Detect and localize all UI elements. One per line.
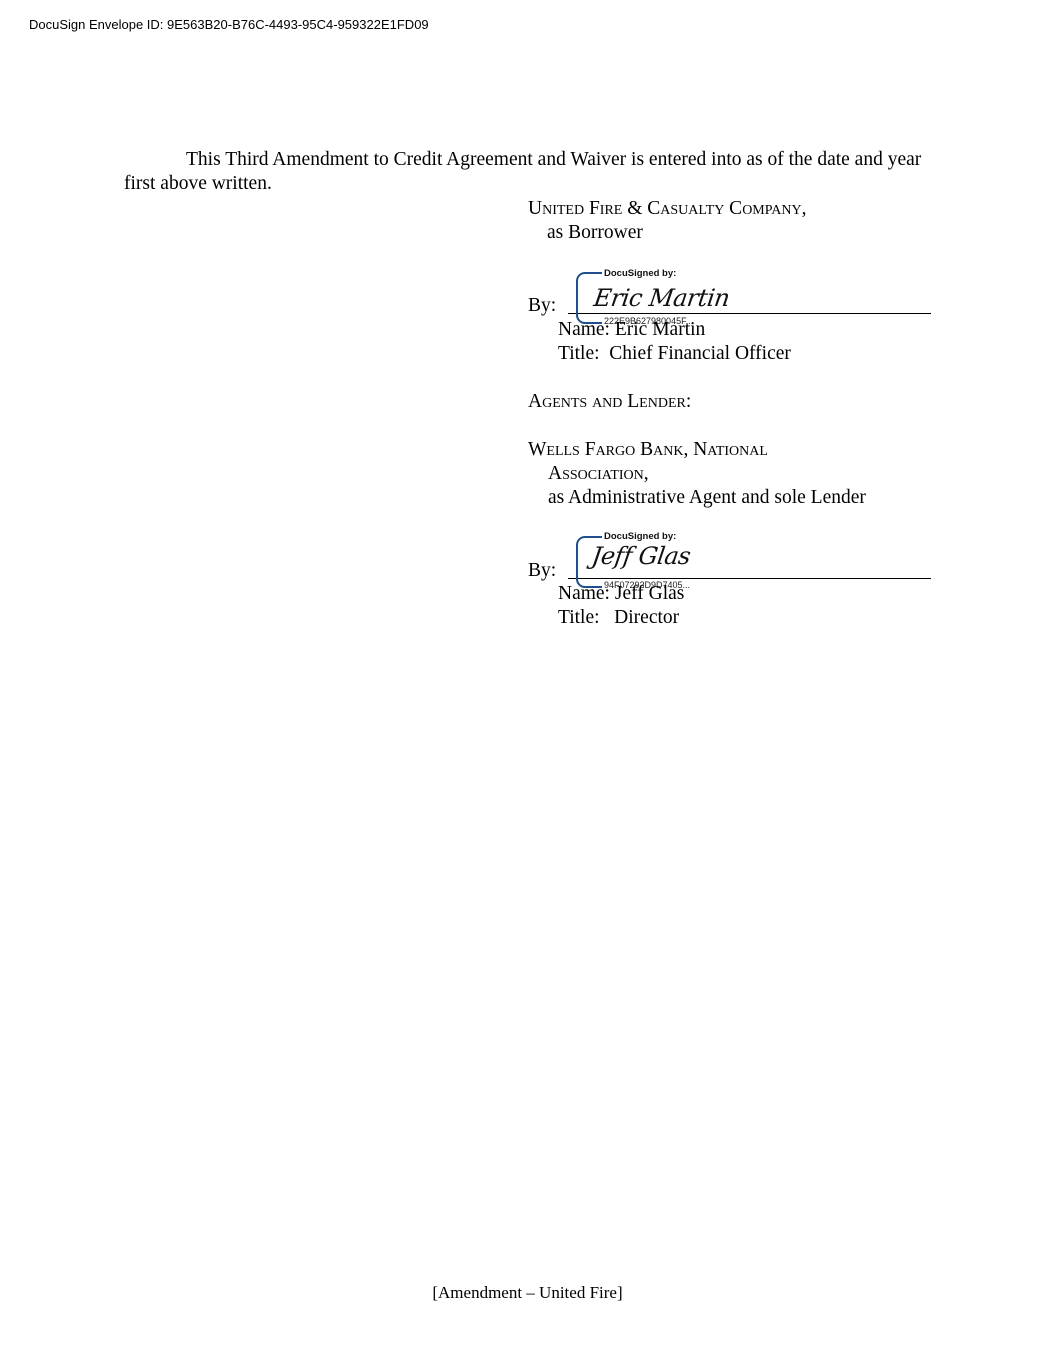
- agents-and-lender-heading: Agents and Lender:: [528, 390, 691, 414]
- closing-paragraph-text: This Third Amendment to Credit Agreement…: [124, 149, 921, 194]
- closing-paragraph: This Third Amendment to Credit Agreement…: [124, 148, 934, 196]
- lender-signature: Jeff Glas: [590, 542, 692, 570]
- lender-docusigned-label: DocuSigned by:: [604, 531, 676, 542]
- lender-signer-title: Title: Director: [558, 606, 679, 630]
- borrower-role: as Borrower: [547, 221, 643, 245]
- borrower-by-label: By:: [528, 294, 556, 318]
- lender-company-line2: Association,: [548, 462, 649, 486]
- lender-by-label: By:: [528, 559, 556, 583]
- docusign-envelope-id: DocuSign Envelope ID: 9E563B20-B76C-4493…: [29, 17, 429, 32]
- lender-signature-line: [568, 578, 931, 579]
- borrower-signature: Eric Martin: [592, 284, 731, 312]
- lender-company-line1: Wells Fargo Bank, National: [528, 438, 768, 462]
- borrower-signature-line: [568, 313, 931, 314]
- lender-signer-name: Name: Jeff Glas: [558, 582, 684, 606]
- borrower-company: United Fire & Casualty Company,: [528, 197, 806, 221]
- page-footer: [Amendment – United Fire]: [0, 1283, 1055, 1303]
- borrower-signer-title: Title: Chief Financial Officer: [558, 342, 791, 366]
- borrower-signer-name: Name: Eric Martin: [558, 318, 705, 342]
- borrower-docusigned-label: DocuSigned by:: [604, 268, 676, 279]
- lender-role: as Administrative Agent and sole Lender: [548, 486, 866, 510]
